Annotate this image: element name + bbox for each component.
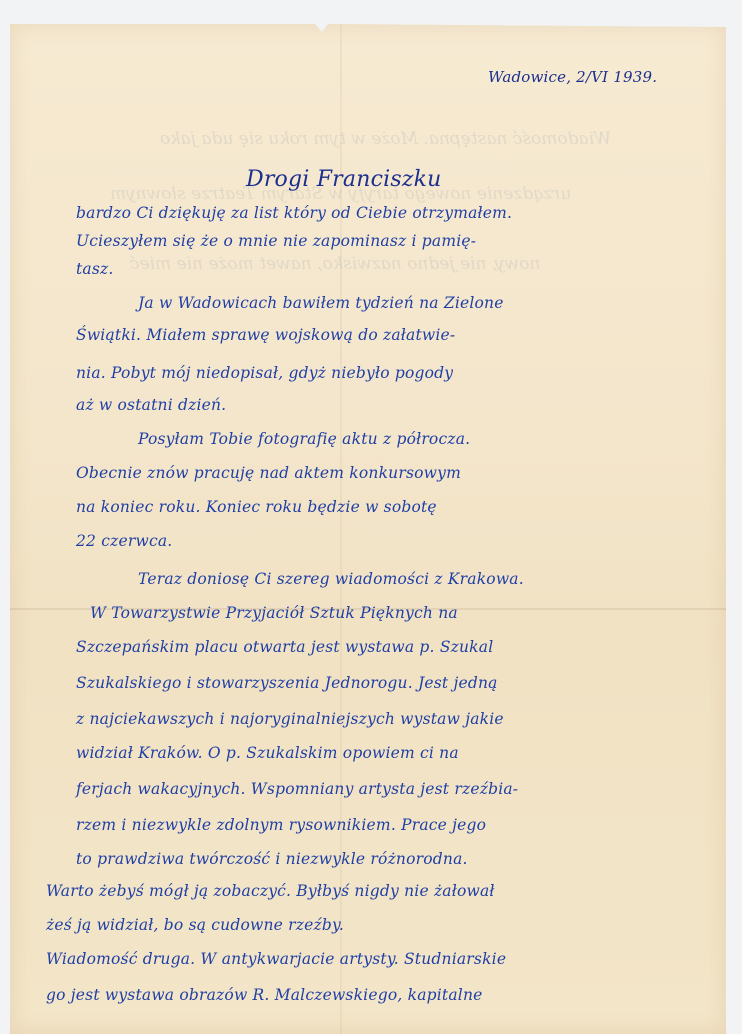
letter-line: z najciekawszych i najoryginalniejszych … [76,710,504,728]
letter-line: nia. Pobyt mój niedopisał, gdyż niebyło … [76,364,453,382]
letter-line: rzem i niezwykle zdolnym rysownikiem. Pr… [76,816,486,834]
letter-line: Warto żebyś mógł ją zobaczyć. Byłbyś nig… [46,882,495,900]
letter-line: żeś ją widział, bo są cudowne rzeźby. [46,916,344,934]
bleed-through-text: nowy, nie jedno nazwisko, nawet może nie… [130,254,540,274]
letter-line: Obecnie znów pracuję nad aktem konkursow… [76,464,461,482]
letter-line: aż w ostatni dzień. [76,396,226,414]
letter-line: tasz. [76,260,114,278]
date-line: Wadowice, 2/VI 1939. [488,68,657,86]
letter-line: Szukalskiego i stowarzyszenia Jednorogu.… [76,674,498,692]
letter-line: ferjach wakacyjnych. Wspomniany artysta … [76,780,518,798]
salutation: Drogi Franciszku [246,167,442,192]
letter-line: Ucieszyłem się że o mnie nie zapominasz … [76,232,476,250]
letter-line: Ja w Wadowicach bawiłem tydzień na Zielo… [138,294,504,312]
letter-line: bardzo Ci dziękuję za list który od Cieb… [76,204,512,222]
letter-line: Świątki. Miałem sprawę wojskową do załat… [76,326,455,344]
letter-line: Posyłam Tobie fotografię aktu z półrocza… [138,430,470,448]
letter-line: go jest wystawa obrazów R. Malczewskiego… [46,986,483,1004]
bleed-through-text: Wiadomość następna. Może w tym roku się … [160,129,611,149]
letter-line: Teraz doniosę Ci szereg wiadomości z Kra… [138,570,524,588]
letter-page: Wiadomość następna. Może w tym roku się … [10,24,726,1024]
letter-line: to prawdziwa twórczość i niezwykle różno… [76,850,468,868]
letter-line: W Towarzystwie Przyjaciół Sztuk Pięknych… [90,604,458,622]
letter-line: widział Kraków. O p. Szukalskim opowiem … [76,744,459,762]
letter-line: 22 czerwca. [76,532,172,550]
letter-line: Wiadomość druga. W antykwarjacie artysty… [46,950,506,968]
letter-line: Szczepańskim placu otwarta jest wystawa … [76,638,493,656]
letter-line: na koniec roku. Koniec roku będzie w sob… [76,498,437,516]
